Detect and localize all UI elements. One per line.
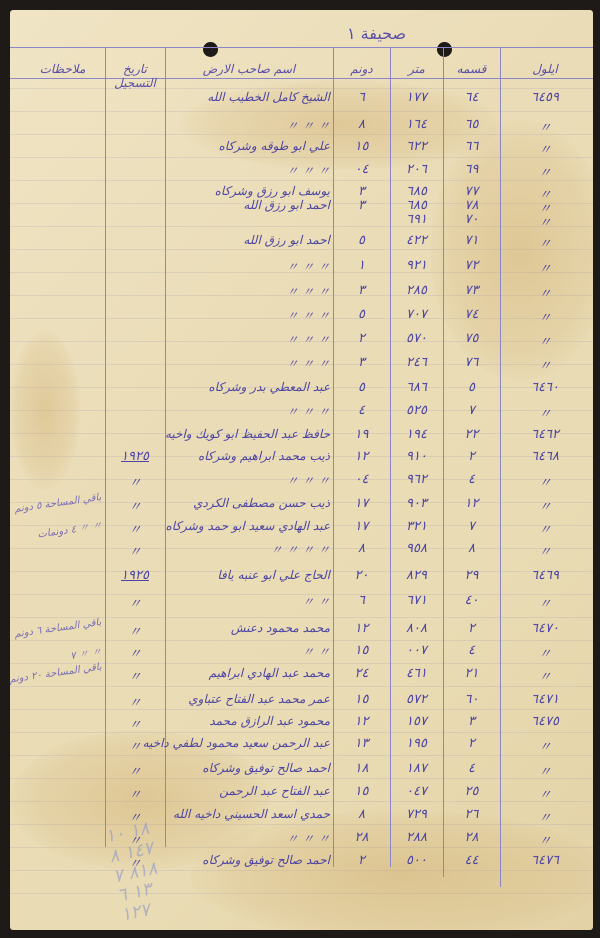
lot-cell: 〃: [500, 593, 590, 612]
lot-cell: 〃: [500, 666, 590, 685]
lot-cell: 〃: [500, 283, 590, 302]
lot-cell: ٦٤٧٦: [500, 853, 590, 868]
parcel-cell: ٧٢: [443, 258, 500, 273]
parcel-cell: ٢: [443, 449, 500, 464]
dunam-cell: ٢٨: [333, 830, 390, 845]
owner-cell: احمد ابو رزق الله: [170, 233, 330, 247]
meter-cell: ٩٠٣: [390, 496, 443, 511]
owner-cell: احمد ابو رزق الله: [170, 198, 330, 212]
meter-cell: ٢٠٦: [390, 162, 443, 177]
meter-cell: ٥٢٥: [390, 403, 443, 418]
lot-cell: ٦٤٦٨: [500, 449, 590, 464]
meter-cell: ٥٧٠: [390, 331, 443, 346]
parcel-cell: ٢٦: [443, 807, 500, 822]
owner-cell: 〃 〃 〃: [170, 307, 330, 324]
date-cell: 〃: [105, 666, 165, 685]
parcel-cell: ٧: [443, 519, 500, 534]
owner-cell: حمدي اسعد الحسيني داخيه الله: [170, 807, 330, 821]
parcel-cell: ٤: [443, 472, 500, 487]
owner-cell: عبد المعطي بدر وشركاه: [170, 380, 330, 394]
parcel-cell: ٥: [443, 380, 500, 395]
meter-cell: ٤٢٢: [390, 233, 443, 248]
meter-cell: ١٧٧: [390, 90, 443, 105]
meter-cell: ١٩٤: [390, 427, 443, 442]
owner-cell: 〃 〃: [170, 593, 330, 610]
owner-cell: ذيب حسن مصطفى الكردي: [170, 496, 330, 510]
dunam-cell: ١٥: [333, 692, 390, 707]
dunam-cell: ٣: [333, 184, 390, 199]
lot-cell: 〃: [500, 519, 590, 538]
meter-cell: ٧٠٧: [390, 307, 443, 322]
meter-cell: ٧٢٩: [390, 807, 443, 822]
meter-cell: ٢٨٨: [390, 830, 443, 845]
meter-cell: ٩٥٨: [390, 541, 443, 556]
dunam-cell: ٥: [333, 233, 390, 248]
lot-cell: ٦٤٦٠: [500, 380, 590, 395]
date-cell: 〃: [105, 714, 165, 733]
page-number: صحيفة ١: [347, 24, 406, 43]
dunam-cell: ١٧: [333, 496, 390, 511]
lot-cell: 〃: [500, 807, 590, 826]
lot-cell: 〃: [500, 331, 590, 350]
dunam-cell: ١: [333, 258, 390, 273]
punch-hole-right: [437, 42, 452, 57]
parcel-cell: ٢٥: [443, 784, 500, 799]
lot-cell: 〃: [500, 761, 590, 780]
parcel-cell: ٧٣: [443, 283, 500, 298]
date-cell: 〃: [105, 496, 165, 515]
dunam-cell: ١٣: [333, 736, 390, 751]
date-cell: ١٩٢٥: [105, 449, 165, 464]
owner-cell: الشيخ كامل الخطيب الله: [170, 90, 330, 104]
meter-cell: ٠٠٧: [390, 643, 443, 658]
lot-cell: ٦٤٦٢: [500, 427, 590, 442]
dunam-cell: ٣: [333, 283, 390, 298]
lot-cell: 〃: [500, 541, 590, 560]
owner-cell: 〃 〃 〃: [170, 162, 330, 179]
owner-cell: احمد صالح توفيق وشركاه: [170, 761, 330, 775]
owner-cell: عمر محمد عبد الفتاح عتباوي: [170, 692, 330, 706]
date-cell: 〃: [105, 541, 165, 560]
parcel-cell: ٧٦: [443, 355, 500, 370]
header-lot: ايلول: [500, 62, 590, 76]
meter-cell: ٦٨٥: [390, 198, 443, 213]
meter-cell: ٦٩١: [390, 212, 443, 227]
lot-cell: 〃: [500, 258, 590, 277]
parcel-cell: ٦٤: [443, 90, 500, 105]
owner-cell: 〃 〃 〃: [170, 830, 330, 847]
owner-cell: الحاج علي ابو عنبه يافا: [170, 568, 330, 582]
meter-cell: ١٦٤: [390, 117, 443, 132]
lot-cell: 〃: [500, 784, 590, 803]
dunam-cell: ١٧: [333, 519, 390, 534]
owner-cell: محمد محمود دعنش: [170, 621, 330, 635]
meter-cell: ٥٧٢: [390, 692, 443, 707]
parcel-cell: ٧٠: [443, 212, 500, 227]
parcel-cell: ٧٨: [443, 198, 500, 213]
lot-cell: 〃: [500, 212, 590, 231]
dunam-cell: ١٢: [333, 714, 390, 729]
owner-cell: 〃 〃: [170, 643, 330, 660]
parcel-cell: ٤٤: [443, 853, 500, 868]
parcel-cell: ١٢: [443, 496, 500, 511]
dunam-cell: ٣: [333, 198, 390, 213]
meter-cell: ٩٦٢: [390, 472, 443, 487]
remark-note: باقي المساحة ٦ دونم: [14, 617, 102, 640]
dunam-cell: ١٥: [333, 643, 390, 658]
punch-hole-left: [203, 42, 218, 57]
dunam-cell: ٨: [333, 117, 390, 132]
dunam-cell: ٥: [333, 307, 390, 322]
header-meter: متر: [390, 62, 443, 76]
remark-note: باقي المساحة ٥ دونم: [14, 492, 102, 515]
date-cell: ١٩٢٥: [105, 568, 165, 583]
meter-cell: ٤٦١: [390, 666, 443, 681]
remark-note: باقي المساحة ٢٠ دونم: [10, 662, 102, 686]
owner-cell: 〃 〃 〃: [170, 472, 330, 489]
parcel-cell: ٤٠: [443, 593, 500, 608]
dunam-cell: ١٩: [333, 427, 390, 442]
dunam-cell: ٢: [333, 331, 390, 346]
date-cell: 〃: [105, 643, 165, 662]
lot-cell: ٦٤٥٩: [500, 90, 590, 105]
lot-cell: 〃: [500, 830, 590, 849]
remark-note: 〃 〃 ٤ دونمات: [36, 517, 103, 541]
lot-cell: 〃: [500, 117, 590, 136]
parcel-cell: ٧١: [443, 233, 500, 248]
lot-cell: 〃: [500, 139, 590, 158]
lot-cell: 〃: [500, 496, 590, 515]
parcel-cell: ٢٩: [443, 568, 500, 583]
dunam-cell: ٠٤: [333, 472, 390, 487]
dunam-cell: ٢٤: [333, 666, 390, 681]
date-cell: 〃: [105, 593, 165, 612]
parcel-cell: ٤: [443, 761, 500, 776]
lot-cell: 〃: [500, 403, 590, 422]
dunam-cell: ٥: [333, 380, 390, 395]
owner-cell: 〃 〃 〃: [170, 258, 330, 275]
dunam-cell: ١٥: [333, 139, 390, 154]
meter-cell: ١٨٧: [390, 761, 443, 776]
owner-cell: عبد الرحمن سعيد محمود لطفي داخيه: [170, 736, 330, 750]
date-cell: 〃: [105, 736, 165, 755]
parcel-cell: ٣: [443, 714, 500, 729]
owner-cell: 〃 〃 〃: [170, 283, 330, 300]
owner-cell: ذيب محمد ابراهيم وشركاه: [170, 449, 330, 463]
meter-cell: ١٥٧: [390, 714, 443, 729]
parcel-cell: ٧٤: [443, 307, 500, 322]
parcel-cell: ٧٧: [443, 184, 500, 199]
parcel-cell: ٦٠: [443, 692, 500, 707]
meter-cell: ١٩٥: [390, 736, 443, 751]
parcel-cell: ٢: [443, 621, 500, 636]
meter-cell: ٠٤٧: [390, 784, 443, 799]
lot-cell: 〃: [500, 736, 590, 755]
owner-cell: يوسف ابو رزق وشركاه: [170, 184, 330, 198]
dunam-cell: ١٢: [333, 621, 390, 636]
owner-cell: عبد الهادي سعيد ابو حمد وشركاه: [170, 519, 330, 533]
lot-cell: 〃: [500, 643, 590, 662]
date-cell: 〃: [105, 761, 165, 780]
parcel-cell: ٤: [443, 643, 500, 658]
dunam-cell: ٨: [333, 541, 390, 556]
parcel-cell: ٧: [443, 403, 500, 418]
header-registration-date: تاريخ التسجيل: [105, 62, 165, 90]
meter-cell: ٢٨٥: [390, 283, 443, 298]
owner-cell: محمود عبد الرازق محمد: [170, 714, 330, 728]
header-owner: اسم صاحب الارض: [165, 62, 333, 76]
parcel-cell: ٧٥: [443, 331, 500, 346]
dunam-cell: ٦: [333, 90, 390, 105]
meter-cell: ٦٧١: [390, 593, 443, 608]
dunam-cell: ١٢: [333, 449, 390, 464]
ledger-page: صحيفة ١ ملاحظات تاريخ التسجيل اسم صاحب ا…: [10, 10, 593, 930]
dunam-cell: ٦: [333, 593, 390, 608]
parcel-cell: ٢: [443, 736, 500, 751]
date-cell: 〃: [105, 621, 165, 640]
owner-cell: 〃 〃 〃: [170, 331, 330, 348]
date-cell: 〃: [105, 519, 165, 538]
parcel-cell: ٦٩: [443, 162, 500, 177]
meter-cell: ٨٠٨: [390, 621, 443, 636]
parcel-cell: ٦٦: [443, 139, 500, 154]
meter-cell: ٩٢١: [390, 258, 443, 273]
dunam-cell: ١٨: [333, 761, 390, 776]
owner-cell: 〃 〃 〃: [170, 355, 330, 372]
parcel-cell: ٢٨: [443, 830, 500, 845]
date-cell: 〃: [105, 784, 165, 803]
lot-cell: 〃: [500, 355, 590, 374]
lot-cell: ٦٤٦٩: [500, 568, 590, 583]
owner-cell: 〃 〃 〃: [170, 117, 330, 134]
header-dunam: دونم: [333, 62, 390, 76]
meter-cell: ٨٢٩: [390, 568, 443, 583]
owner-cell: علي ابو طوقه وشركاه: [170, 139, 330, 153]
lot-cell: 〃: [500, 472, 590, 491]
dunam-cell: ٢: [333, 853, 390, 868]
parcel-cell: ٨: [443, 541, 500, 556]
meter-cell: ٦٨٦: [390, 380, 443, 395]
parcel-cell: ٦٥: [443, 117, 500, 132]
date-cell: 〃: [105, 472, 165, 491]
lot-cell: ٦٤٧١: [500, 692, 590, 707]
owner-cell: عبد الفتاح عبد الرحمن: [170, 784, 330, 798]
meter-cell: ٦٨٥: [390, 184, 443, 199]
header-remarks: ملاحظات: [20, 62, 105, 76]
lot-cell: ٦٤٧٥: [500, 714, 590, 729]
meter-cell: ٩١٠: [390, 449, 443, 464]
meter-cell: ٢٤٦: [390, 355, 443, 370]
owner-cell: حافظ عبد الحفيظ ابو كويك واخيه: [170, 427, 330, 441]
remark-note: 〃 〃 ٧: [69, 643, 103, 662]
lot-cell: 〃: [500, 307, 590, 326]
pencil-calculation: ١٢٧: [119, 899, 152, 926]
owner-cell: 〃 〃 〃 〃: [170, 541, 330, 558]
dunam-cell: ٤: [333, 403, 390, 418]
parcel-cell: ٢٢: [443, 427, 500, 442]
parcel-cell: ٢١: [443, 666, 500, 681]
header-parcel: قسمه: [443, 62, 500, 76]
meter-cell: ٥٠٠: [390, 853, 443, 868]
owner-cell: محمد عبد الهادي ابراهيم: [170, 666, 330, 680]
lot-cell: ٦٤٧٠: [500, 621, 590, 636]
dunam-cell: ٢٠: [333, 568, 390, 583]
dunam-cell: ١٥: [333, 784, 390, 799]
dunam-cell: ٨: [333, 807, 390, 822]
dunam-cell: ٠٤: [333, 162, 390, 177]
meter-cell: ٣٢١: [390, 519, 443, 534]
lot-cell: 〃: [500, 162, 590, 181]
meter-cell: ٦٢٢: [390, 139, 443, 154]
dunam-cell: ٣: [333, 355, 390, 370]
lot-cell: 〃: [500, 233, 590, 252]
owner-cell: احمد صالح توفيق وشركاه: [170, 853, 330, 867]
owner-cell: 〃 〃 〃: [170, 403, 330, 420]
date-cell: 〃: [105, 692, 165, 711]
